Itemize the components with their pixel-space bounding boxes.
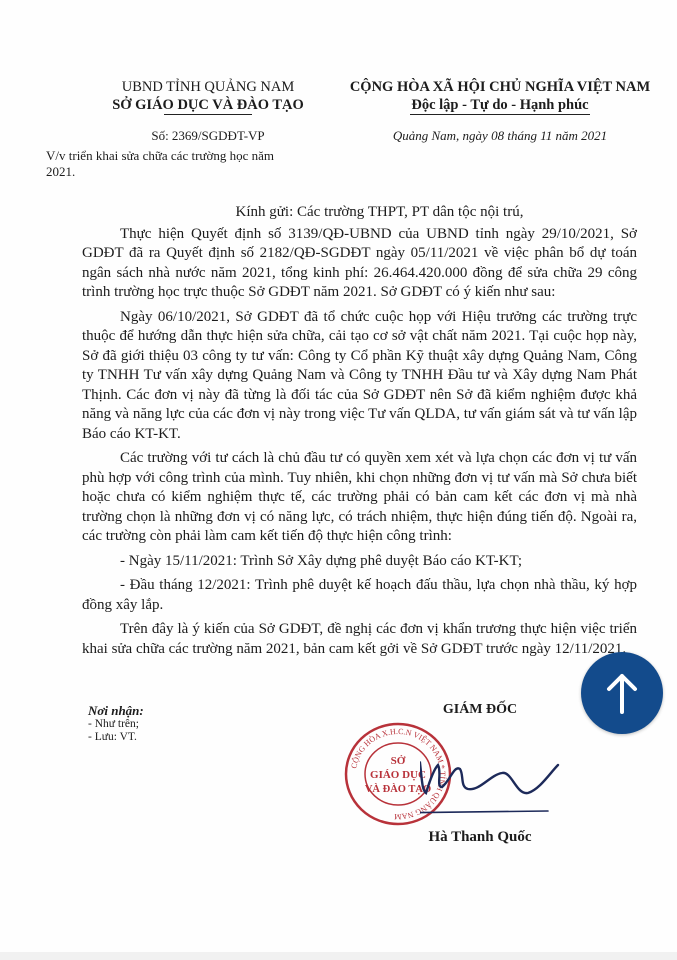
- deadline-item: - Ngày 15/11/2021: Trình Sở Xây dựng phê…: [82, 552, 637, 572]
- paragraph: Các trường với tư cách là chủ đầu tư có …: [82, 449, 637, 547]
- document-number: Số: 2369/SGDĐT-VP: [88, 128, 328, 144]
- department-name: SỞ GIÁO DỤC VÀ ĐÀO TẠO: [88, 96, 328, 114]
- bottom-edge: [0, 952, 677, 960]
- paragraph: Thực hiện Quyết định số 3139/QĐ-UBND của…: [82, 225, 637, 303]
- recipient-item: - Như trên;: [88, 718, 144, 731]
- closing-paragraph: Trên đây là ý kiến của Sở GDĐT, đề nghị …: [82, 620, 637, 659]
- scroll-to-top-button[interactable]: [581, 652, 663, 734]
- authority-name: UBND TỈNH QUẢNG NAM: [88, 78, 328, 96]
- issuing-authority: UBND TỈNH QUẢNG NAM SỞ GIÁO DỤC VÀ ĐÀO T…: [88, 78, 328, 115]
- svg-text:SỞ: SỞ: [391, 755, 406, 767]
- recipients-block: Nơi nhận: - Như trên; - Lưu: VT.: [88, 703, 144, 744]
- paragraph: Ngày 06/10/2021, Sở GDĐT đã tổ chức cuộc…: [82, 308, 637, 445]
- nation-name: CỘNG HÒA XÃ HỘI CHỦ NGHĨA VIỆT NAM: [335, 78, 665, 96]
- national-header: CỘNG HÒA XÃ HỘI CHỦ NGHĨA VIỆT NAM Độc l…: [335, 78, 665, 115]
- deadline-item: - Đầu tháng 12/2021: Trình phê duyệt kế …: [82, 576, 637, 615]
- signer-name: Hà Thanh Quốc: [400, 829, 560, 846]
- header-divider: [164, 114, 252, 115]
- place-date: Quảng Nam, ngày 08 tháng 11 năm 2021: [335, 128, 665, 144]
- recipients-label: Nơi nhận:: [88, 703, 144, 718]
- letter-body: Kính gửi: Các trường THPT, PT dân tộc nộ…: [82, 203, 637, 664]
- svg-text:GIÁO DỤC: GIÁO DỤC: [370, 769, 426, 781]
- greeting: Kính gửi: Các trường THPT, PT dân tộc nộ…: [82, 203, 637, 223]
- national-motto: Độc lập - Tự do - Hạnh phúc: [335, 96, 665, 114]
- recipient-item: - Lưu: VT.: [88, 731, 144, 744]
- motto-divider: [410, 114, 590, 115]
- document-subject: V/v triển khai sửa chữa các trường học n…: [46, 148, 286, 180]
- signer-title: GIÁM ĐỐC: [400, 702, 560, 718]
- handwritten-signature: [420, 735, 560, 825]
- document-page: UBND TỈNH QUẢNG NAM SỞ GIÁO DỤC VÀ ĐÀO T…: [0, 0, 677, 952]
- arrow-up-icon: [605, 672, 639, 714]
